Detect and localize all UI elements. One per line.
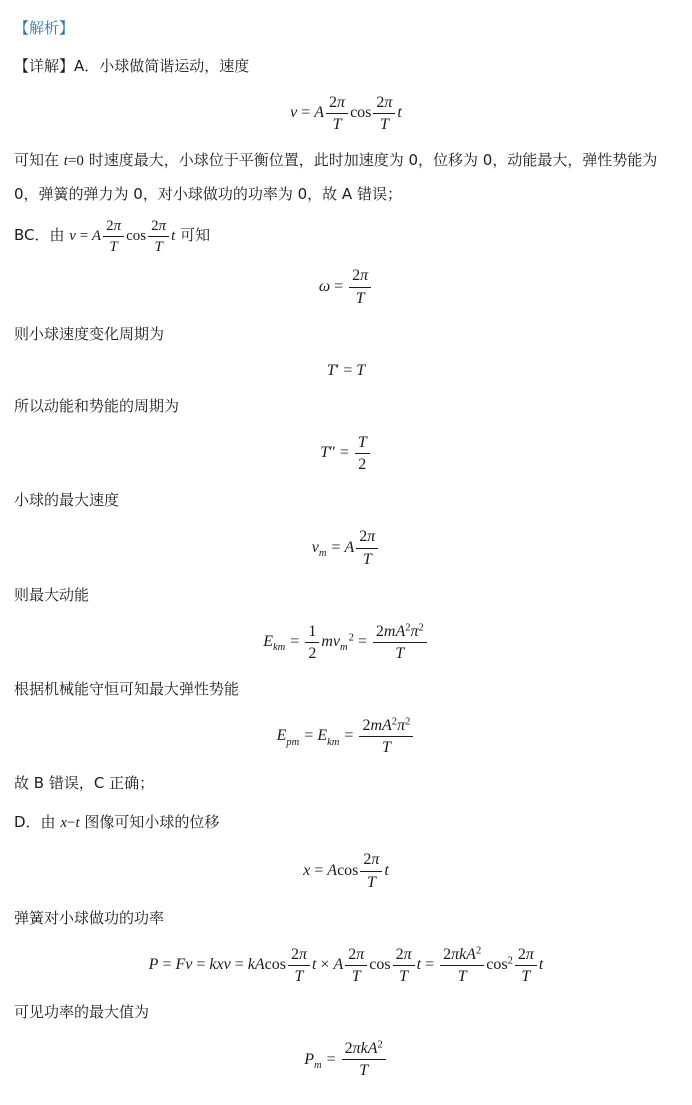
- paragraph: 【详解】A．小球做简谐运动，速度: [14, 50, 678, 83]
- fraction: 2πT: [373, 93, 395, 134]
- text-run: BC．由: [14, 226, 69, 244]
- math-expression: T″ = T2: [320, 444, 372, 461]
- text-run: D．由: [14, 813, 60, 831]
- paragraph: 故 B 错误，C 正确；: [14, 767, 678, 800]
- formula-line: v = A2πTcos2πTt: [14, 93, 678, 134]
- section-heading: 【解析】: [14, 16, 678, 40]
- math-expression: ω = 2πT: [319, 278, 373, 295]
- fraction: 2mA2π2T: [373, 622, 427, 663]
- formula-line: P = Fv = kxv = kAcos2πTt × A2πTcos2πTt =…: [14, 945, 678, 986]
- paragraph: D．由 x−t 图像可知小球的位移: [14, 806, 678, 840]
- math-expression: x = Acos2πTt: [303, 862, 389, 879]
- fraction: 2πT: [345, 945, 367, 986]
- text-run: 时速度最大，小球位于平衡位置，此时加速度为 0，位移为 0，动能最大，弹性势能为…: [14, 151, 657, 203]
- fraction: 2πT: [288, 945, 310, 986]
- fraction: 2πT: [148, 217, 169, 256]
- math-expression: v = A2πTcos2πTt: [290, 104, 402, 121]
- fraction: 12: [305, 622, 319, 663]
- fraction: 2πT: [356, 527, 378, 568]
- math-expression: Ekm = 12mvm2 = 2mA2π2T: [263, 633, 429, 650]
- formula-line: Epm = Ekm = 2mA2π2T: [14, 716, 678, 757]
- paragraph: 可见功率的最大值为: [14, 996, 678, 1029]
- fraction: T2: [355, 433, 370, 474]
- solution-document: 【解析】【详解】A．小球做简谐运动，速度v = A2πTcos2πTt可知在 t…: [0, 0, 692, 1105]
- paragraph: BC．由 v = A2πTcos2πTt 可知: [14, 217, 678, 256]
- math-expression: x−t: [60, 815, 79, 831]
- paragraph: 则小球速度变化周期为: [14, 318, 678, 351]
- formula-line: Ekm = 12mvm2 = 2mA2π2T: [14, 622, 678, 663]
- text-run: 图像可知小球的位移: [80, 813, 220, 831]
- math-expression: T′ = T: [327, 362, 365, 379]
- document-body: 【解析】【详解】A．小球做简谐运动，速度v = A2πTcos2πTt可知在 t…: [14, 16, 678, 1081]
- formula-line: Pm = 2πkA2T: [14, 1039, 678, 1080]
- fraction: 2πkA2T: [440, 945, 484, 986]
- text-run: 可知在: [14, 151, 64, 169]
- fraction: 2πT: [515, 945, 537, 986]
- paragraph: 根据机械能守恒可知最大弹性势能: [14, 673, 678, 706]
- paragraph: 则最大动能: [14, 579, 678, 612]
- formula-line: T′ = T: [14, 361, 678, 380]
- math-expression: Epm = Ekm = 2mA2π2T: [277, 727, 416, 744]
- math-expression: v = A2πTcos2πTt: [69, 228, 175, 244]
- math-expression: Pm = 2πkA2T: [304, 1051, 388, 1068]
- paragraph: 可知在 t=0 时速度最大，小球位于平衡位置，此时加速度为 0，位移为 0，动能…: [14, 144, 678, 211]
- fraction: 2πkA2T: [342, 1039, 386, 1080]
- fraction: 2πT: [349, 266, 371, 307]
- fraction: 2πT: [393, 945, 415, 986]
- paragraph: 所以动能和势能的周期为: [14, 390, 678, 423]
- formula-line: x = Acos2πTt: [14, 850, 678, 891]
- math-expression: P = Fv = kxv = kAcos2πTt × A2πTcos2πTt =…: [149, 956, 544, 973]
- formula-line: vm = A2πT: [14, 527, 678, 568]
- text-run: 可知: [175, 226, 210, 244]
- fraction: 2mA2π2T: [359, 716, 413, 757]
- formula-line: ω = 2πT: [14, 266, 678, 307]
- math-expression: t=0: [64, 153, 84, 169]
- paragraph: 弹簧对小球做功的功率: [14, 902, 678, 935]
- fraction: 2πT: [360, 850, 382, 891]
- paragraph: 小球的最大速度: [14, 484, 678, 517]
- formula-line: T″ = T2: [14, 433, 678, 474]
- fraction: 2πT: [103, 217, 124, 256]
- math-expression: vm = A2πT: [312, 539, 381, 556]
- fraction: 2πT: [326, 93, 348, 134]
